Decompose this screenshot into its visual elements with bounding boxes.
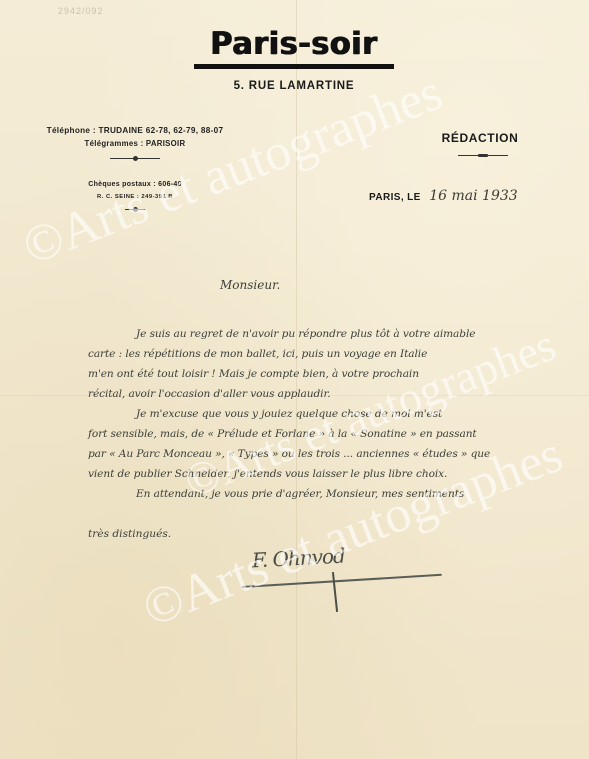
handwritten-date: 16 mai 1933 [429,188,517,204]
body-line: En attendant, je vous prie d'agréer, Mon… [88,484,583,504]
body-line: carte : les répétitions de mon ballet, i… [88,344,583,364]
salutation: Monsieur. [220,278,280,292]
telephone-line: Téléphone : TRUDAINE 62-78, 62-79, 88-07 [20,126,250,135]
body-line: récital, avoir l'occasion d'aller vous a… [88,384,583,404]
date-line: PARIS, LE 16 mai 1933 [369,187,518,205]
department-heading: RÉDACTION [430,131,530,145]
letter-body: Je suis au regret de n'avoir pu répondre… [88,324,583,504]
body-line: par « Au Parc Monceau », « Types » ou le… [88,444,583,464]
archive-number: 2942/092 [58,6,104,16]
ornament-divider-small-icon [125,207,145,212]
closing-phrase: très distingués. [88,528,171,540]
body-line: m'en ont été tout loisir ! Mais je compt… [88,364,583,384]
body-line: Je suis au regret de n'avoir pu répondre… [88,324,583,344]
ornament-divider-icon [110,156,160,161]
letterhead-contact-block: Téléphone : TRUDAINE 62-78, 62-79, 88-07… [20,126,250,212]
date-prefix: PARIS, LE [369,192,421,203]
telegram-line: Télégrammes : PARISOIR [20,139,250,148]
signature: F. Ohnvod [251,544,345,573]
letterhead-address: 5. RUE LAMARTINE [194,80,394,92]
newspaper-masthead: Paris-soir [196,26,392,62]
redaction-ornament-icon [458,153,508,158]
body-line: Je m'excuse que vous y jouiez quelque ch… [88,404,583,424]
body-line: fort sensible, mais, de « Prélude et For… [88,424,583,444]
body-line: vient de publier Schneider, j'entends vo… [88,464,583,484]
registre-commerce-line: R. C. SEINE : 249-391 B [20,194,250,200]
cheques-postaux-line: Chèques postaux : 606-40 [20,181,250,188]
masthead-underline [194,64,394,69]
